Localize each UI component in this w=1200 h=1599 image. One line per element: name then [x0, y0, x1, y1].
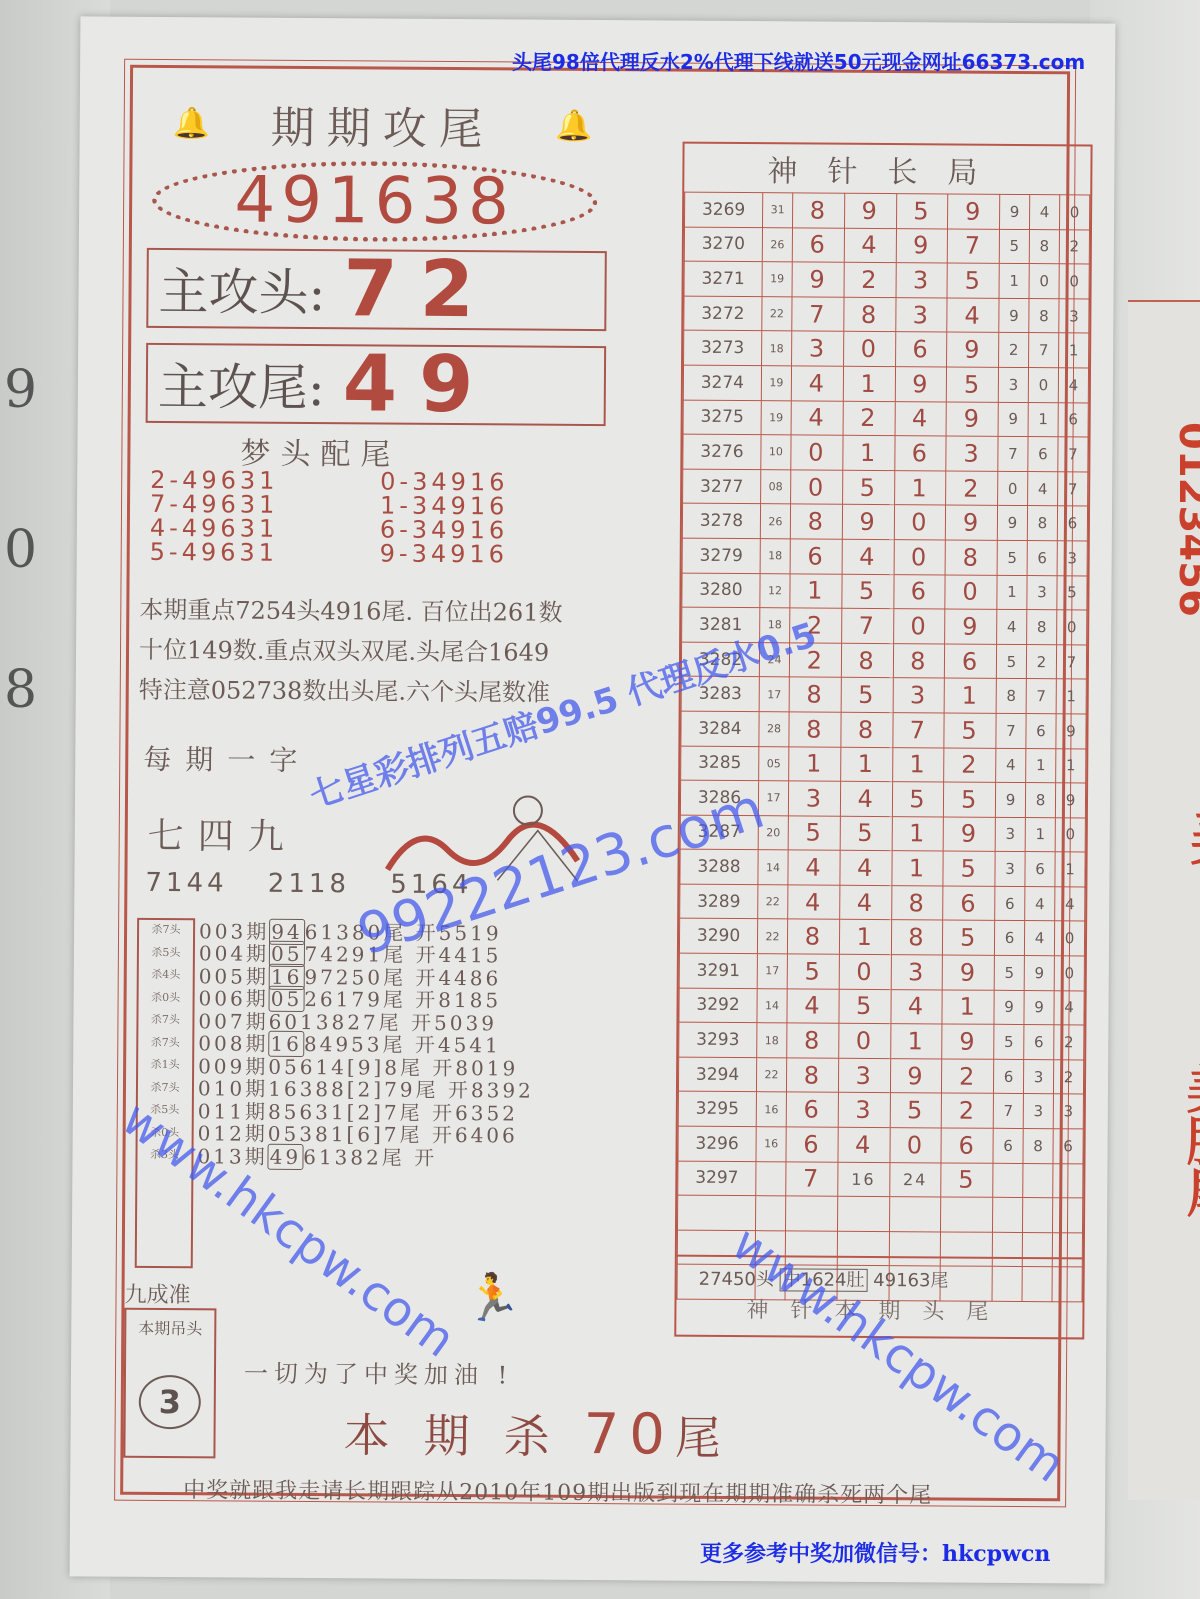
- sum-cell: [756, 1161, 786, 1196]
- issue-cell: 3285: [681, 746, 759, 781]
- result-digit-cell: 1: [890, 1024, 942, 1059]
- result-digit-cell: 8: [787, 1023, 839, 1058]
- table-row: 3275194249916: [683, 400, 1088, 437]
- side-digit-cell: 2: [1026, 644, 1056, 679]
- result-digit-cell: 4: [895, 401, 947, 436]
- side-digit-cell: 6: [1053, 1129, 1083, 1164]
- result-digit-cell: 6: [893, 574, 945, 609]
- issue-cell: 3269: [685, 192, 763, 227]
- cheer-slogan: 一切为了中奖加油 !: [244, 1354, 514, 1391]
- result-digit-cell: 1: [843, 435, 895, 470]
- result-digit-cell: 4: [788, 885, 840, 920]
- bottom-contact-banner: 更多参考中奖加微信号：hkcpwcn: [700, 1537, 1050, 1568]
- long-run-table: 神针长局 32693189599403270266497582327119923…: [674, 142, 1092, 1340]
- result-digit-cell: 7: [786, 1161, 838, 1196]
- side-digit-cell: 9: [997, 506, 1027, 541]
- result-digit-cell: 8: [790, 504, 842, 539]
- kill-tail-headline: 本期杀70尾: [343, 1399, 755, 1468]
- background-digit: 0: [4, 520, 37, 580]
- hang-head-label: 本期吊头: [126, 1316, 214, 1340]
- table-row: 3274194195304: [683, 365, 1088, 402]
- result-digit-cell: 6: [786, 1127, 838, 1162]
- result-digit-cell: 0: [893, 609, 945, 644]
- side-digit-cell: 9: [998, 402, 1028, 437]
- sheet-frame: 🔔 期期攻尾 🔔 491638 主攻头: 72 主攻尾: 49 梦头配尾 2-4…: [120, 65, 1070, 1502]
- side-digit-cell: 3: [1057, 541, 1087, 576]
- sum-cell: 12: [760, 573, 790, 608]
- side-digit-cell: 0: [1028, 368, 1058, 403]
- sum-cell: 26: [762, 227, 792, 262]
- issue-cell: 3274: [683, 365, 761, 400]
- lottery-sheet: 🔔 期期攻尾 🔔 491638 主攻头: 72 主攻尾: 49 梦头配尾 2-4…: [70, 16, 1116, 1583]
- sum-cell: 28: [759, 712, 789, 747]
- side-digit-cell: 0: [1054, 956, 1084, 991]
- result-digit-cell: 5: [943, 920, 995, 955]
- issue-cell: 3290: [679, 919, 757, 954]
- side-digit-cell: 2: [1054, 1025, 1084, 1060]
- side-digit-cell: 8: [1027, 506, 1057, 541]
- side-digit-cell: 4: [1025, 886, 1055, 921]
- sum-cell: 14: [758, 850, 788, 885]
- result-digit-cell: 8: [893, 643, 945, 678]
- predicted-tails: 49163尾: [873, 1270, 948, 1292]
- result-digit-cell: 1: [892, 747, 944, 782]
- result-digit-cell: 0: [894, 505, 946, 540]
- result-digit-cell: 0: [889, 1128, 941, 1163]
- sum-cell: 19: [761, 366, 791, 401]
- table-row: 3295166352733: [678, 1092, 1083, 1129]
- sum-cell: 16: [756, 1092, 786, 1127]
- table-row: 3273183069271: [684, 331, 1089, 368]
- issue-cell: 3291: [679, 953, 757, 988]
- table-row: 3278268909986: [682, 503, 1087, 540]
- result-digit-cell: 8: [787, 919, 839, 954]
- result-digit-cell: 0: [791, 435, 843, 470]
- issue-cell: 3272: [684, 296, 762, 331]
- side-digit-cell: 6: [1025, 852, 1055, 887]
- side-digit-cell: 2: [1053, 1060, 1083, 1095]
- result-digit-cell: 24: [889, 1162, 941, 1197]
- result-digit-cell: 4: [890, 989, 942, 1024]
- result-digit-cell: 5: [947, 367, 999, 402]
- background-digit: 8: [4, 660, 37, 720]
- result-digit-cell: 9: [947, 332, 999, 367]
- sum-cell: 17: [757, 954, 787, 989]
- side-digit-cell: 7: [1029, 333, 1059, 368]
- result-digit-cell: 8: [844, 297, 896, 332]
- side-digit-cell: 7: [998, 436, 1028, 471]
- table-row: 3283178531871: [681, 676, 1086, 713]
- side-digit-cell: 4: [1055, 887, 1085, 922]
- main-head-box: 主攻头: 72: [146, 248, 607, 331]
- result-digit-cell: 3: [896, 263, 948, 298]
- side-digit-cell: 3: [1053, 1094, 1083, 1129]
- background-digit: 9: [4, 360, 37, 420]
- side-digit-cell: [1023, 1163, 1053, 1198]
- main-tail-value: 49: [324, 339, 495, 430]
- table-row: 3279186408563: [682, 538, 1087, 575]
- result-digit-cell: 6: [943, 886, 995, 921]
- side-digit-cell: 7: [1026, 679, 1056, 714]
- side-digit-cell: 6: [994, 921, 1024, 956]
- side-digit-cell: 8: [996, 679, 1026, 714]
- sum-cell: 18: [757, 1023, 787, 1058]
- result-digit-cell: 9: [943, 817, 995, 852]
- sum-cell: 22: [758, 885, 788, 920]
- result-digit-cell: 9: [942, 955, 994, 990]
- result-digit-cell: 3: [891, 955, 943, 990]
- side-digit-cell: 5: [997, 540, 1027, 575]
- open-result: 开6406: [432, 1123, 518, 1148]
- result-digit-cell: 1: [843, 366, 895, 401]
- table-row: 3276100163767: [683, 434, 1088, 471]
- result-digit-cell: 3: [788, 781, 840, 816]
- sum-cell: 17: [759, 677, 789, 712]
- title-row: 🔔 期期攻尾 🔔: [172, 88, 592, 161]
- side-digit-cell: [993, 1163, 1023, 1198]
- side-digit-cell: 0: [1055, 817, 1085, 852]
- main-tail-box: 主攻尾: 49: [146, 343, 607, 426]
- result-digit-cell: 1: [894, 470, 946, 505]
- side-digit-cell: 6: [1024, 1025, 1054, 1060]
- result-digit-cell: 3: [893, 678, 945, 713]
- table-row: 3290228185640: [679, 919, 1084, 956]
- side-digit-cell: 6: [993, 1128, 1023, 1163]
- result-digit-cell: 3: [895, 297, 947, 332]
- side-digit-cell: 6: [1028, 437, 1058, 472]
- result-digit-cell: 2: [942, 1059, 994, 1094]
- issue-cell: 3279: [682, 538, 760, 573]
- result-digit-cell: 6: [945, 644, 997, 679]
- side-digit-cell: 3: [1023, 1094, 1053, 1129]
- side-digit-cell: 4: [1029, 195, 1059, 230]
- side-digit-cell: 9: [1056, 714, 1086, 749]
- side-digit-cell: [1053, 1163, 1083, 1198]
- result-digit-cell: 5: [896, 194, 948, 229]
- result-digit-cell: 0: [838, 1023, 890, 1058]
- result-digit-cell: 9: [844, 193, 896, 228]
- prediction-note: 本期重点7254头4916尾. 百位出261数: [139, 590, 619, 628]
- side-digit-cell: 2: [999, 333, 1029, 368]
- result-digit-cell: 2: [944, 747, 996, 782]
- side-digit-cell: 7: [1056, 644, 1086, 679]
- side-digit-cell: 7: [1058, 471, 1088, 506]
- side-digit-cell: 5: [1057, 575, 1087, 610]
- issue-cell: 3270: [684, 227, 762, 262]
- result-digit-cell: 8: [841, 643, 893, 678]
- side-digit-cell: 1: [1026, 748, 1056, 783]
- sum-cell: 31: [763, 193, 793, 228]
- side-digit-cell: 2: [1059, 229, 1089, 264]
- chinese-numerals: 七四九: [148, 808, 298, 860]
- result-digit-cell: 7: [841, 608, 893, 643]
- result-digit-cell: 5: [943, 851, 995, 886]
- result-digit-cell: 0: [839, 954, 891, 989]
- dream-pairs-grid: 2-49631 0-34916 7-49631 1-34916 4-49631 …: [150, 468, 611, 567]
- sum-cell: 10: [761, 435, 791, 470]
- result-digit-cell: 8: [891, 885, 943, 920]
- result-digit-cell: 9: [792, 262, 844, 297]
- boxed-digits: 49: [268, 1143, 304, 1169]
- main-tail-label: 主攻尾:: [148, 347, 325, 420]
- side-digit-cell: 6: [1026, 713, 1056, 748]
- result-digit-cell: 8: [793, 193, 845, 228]
- background-red-print: 0123456 美 美肺尾: [1128, 300, 1200, 1500]
- result-digit-cell: 5: [947, 263, 999, 298]
- side-digit-cell: 1: [997, 575, 1027, 610]
- result-digit-cell: 6: [941, 1128, 993, 1163]
- result-digit-cell: 0: [945, 574, 997, 609]
- side-digit-cell: 6: [993, 1059, 1023, 1094]
- result-digit-cell: 6: [894, 436, 946, 471]
- side-digit-cell: 0: [1059, 264, 1089, 299]
- result-digit-cell: 8: [841, 712, 893, 747]
- side-digit-cell: 4: [996, 748, 1026, 783]
- result-digit-cell: 2: [941, 1093, 993, 1128]
- side-digit-cell: 1: [1056, 748, 1086, 783]
- table-row: 3289224486644: [680, 884, 1085, 921]
- result-digit-cell: 8: [789, 677, 841, 712]
- main-head-value: 72: [325, 244, 496, 335]
- side-digit-cell: 7: [996, 713, 1026, 748]
- issue-cell: 3277: [683, 469, 761, 504]
- side-digit-cell: 8: [1029, 229, 1059, 264]
- result-digit-cell: 5: [941, 1163, 993, 1198]
- table-row: 3280121560135: [682, 573, 1087, 610]
- sum-cell: 18: [760, 539, 790, 574]
- side-digit-cell: 4: [1058, 368, 1088, 403]
- side-digit-cell: 9: [999, 194, 1029, 229]
- result-digit-cell: 1: [892, 816, 944, 851]
- side-digit-cell: 8: [1023, 1129, 1053, 1164]
- result-digit-cell: 9: [948, 194, 1000, 229]
- issue-cell: 3271: [684, 261, 762, 296]
- side-digit-cell: 0: [1054, 921, 1084, 956]
- sum-cell: 05: [759, 746, 789, 781]
- result-digit-cell: 9: [842, 505, 894, 540]
- side-digit-cell: 0: [1059, 195, 1089, 230]
- side-digit-cell: 1: [1025, 817, 1055, 852]
- prediction-note: 十位149数.重点双头双尾.头尾合1649: [139, 630, 619, 668]
- side-digit-cell: 1: [999, 264, 1029, 299]
- result-digit-cell: 6: [790, 539, 842, 574]
- featured-number-oval: 491638: [152, 160, 598, 243]
- result-digit-cell: 5: [842, 574, 894, 609]
- side-digit-cell: 1: [1056, 679, 1086, 714]
- side-digit-cell: 3: [1059, 299, 1089, 334]
- tail-digits: 61382尾: [303, 1145, 405, 1170]
- hang-head-value: 3: [139, 1375, 201, 1429]
- side-digit-cell: 0: [1057, 610, 1087, 645]
- sum-cell: 18: [762, 331, 792, 366]
- result-digit-cell: 2: [843, 401, 895, 436]
- result-digit-cell: 1: [790, 573, 842, 608]
- result-digit-cell: 9: [942, 1024, 994, 1059]
- result-digit-cell: 5: [890, 1093, 942, 1128]
- result-digit-cell: 9: [890, 1058, 942, 1093]
- sum-cell: 16: [756, 1127, 786, 1162]
- issue-cell: 3278: [682, 503, 760, 538]
- side-digit-cell: 8: [1027, 610, 1057, 645]
- result-digit-cell: 4: [839, 885, 891, 920]
- issue-cell: 3294: [678, 1057, 756, 1092]
- issue-cell: 3273: [684, 331, 762, 366]
- side-digit-cell: 9: [1024, 990, 1054, 1025]
- result-digit-cell: 6: [792, 227, 844, 262]
- background-vertical-digits: 0123456: [1170, 422, 1200, 617]
- issue-cell: 3297: [678, 1161, 756, 1196]
- result-digit-cell: 9: [946, 402, 998, 437]
- sum-cell: 19: [761, 400, 791, 435]
- sum-cell: 22: [756, 1057, 786, 1092]
- result-digit-cell: 1: [840, 747, 892, 782]
- open-result: 开: [414, 1146, 437, 1170]
- result-digit-cell: 5: [944, 782, 996, 817]
- issue-cell: 3289: [680, 884, 758, 919]
- result-digit-cell: 2: [844, 262, 896, 297]
- issue-cell: 3276: [683, 434, 761, 469]
- dream-pair: 9-34916: [380, 542, 610, 568]
- table-row: 3293188019562: [679, 1022, 1084, 1059]
- background-vertical-char: 美肺尾: [1170, 1062, 1200, 1218]
- result-digit-cell: 9: [945, 609, 997, 644]
- result-digit-cell: 0: [791, 470, 843, 505]
- side-digit-cell: 6: [1027, 540, 1057, 575]
- sheet-title: 期期攻尾: [270, 92, 494, 158]
- table-row: 3272227834983: [684, 296, 1089, 333]
- issue-cell: 3275: [683, 400, 761, 435]
- side-digit-cell: 5: [994, 1025, 1024, 1060]
- result-digit-cell: 3: [946, 436, 998, 471]
- sum-cell: 19: [762, 262, 792, 297]
- kill-tail-suffix: 尾: [675, 1411, 755, 1466]
- table-row: 3294228392632: [678, 1057, 1083, 1094]
- result-digit-cell: 4: [840, 781, 892, 816]
- bell-icon: 🔔: [173, 106, 211, 141]
- result-digit-cell: 8: [786, 1058, 838, 1093]
- side-digit-cell: 5: [999, 229, 1029, 264]
- side-digit-cell: 4: [1024, 921, 1054, 956]
- result-digit-cell: 5: [841, 678, 893, 713]
- result-digit-cell: 4: [842, 539, 894, 574]
- side-digit-cell: 6: [1058, 402, 1088, 437]
- side-digit-cell: 3: [998, 367, 1028, 402]
- table-row: 3284288875769: [681, 711, 1086, 748]
- side-digit-cell: 5: [994, 955, 1024, 990]
- side-digit-cell: 4: [997, 609, 1027, 644]
- result-digit-cell: 8: [789, 712, 841, 747]
- table-row: 3291175039590: [679, 953, 1084, 990]
- sum-cell: 08: [761, 469, 791, 504]
- issue-cell: 3284: [681, 711, 759, 746]
- empty-table-row: [678, 1195, 1083, 1232]
- table-row: 3288144415361: [680, 849, 1085, 886]
- table-row: 3277080512047: [683, 469, 1088, 506]
- result-digit-cell: 5: [842, 470, 894, 505]
- kill-tail-value: 70: [583, 1402, 675, 1468]
- result-digit-cell: 7: [948, 229, 1000, 264]
- side-digit-cell: 3: [995, 852, 1025, 887]
- result-digit-cell: 6: [786, 1092, 838, 1127]
- result-digit-cell: 4: [838, 1127, 890, 1162]
- sum-cell: 22: [762, 296, 792, 331]
- result-digit-cell: 4: [787, 989, 839, 1024]
- table-row: 3296166406686: [678, 1126, 1083, 1163]
- table-row: 3292144541994: [679, 988, 1084, 1025]
- result-digit-cell: 2: [946, 471, 998, 506]
- result-digit-cell: 5: [788, 816, 840, 851]
- background-vertical-char: 美: [1170, 802, 1200, 866]
- result-digit-cell: 4: [840, 851, 892, 886]
- result-digit-cell: 4: [844, 228, 896, 263]
- result-digit-cell: 7: [792, 297, 844, 332]
- side-digit-cell: 6: [995, 886, 1025, 921]
- result-digit-cell: 3: [838, 1093, 890, 1128]
- table-title: 神针长局: [684, 144, 1090, 195]
- result-digit-cell: 5: [787, 954, 839, 989]
- table-row: 3271199235100: [684, 261, 1089, 298]
- side-digit-cell: 1: [1055, 852, 1085, 887]
- issue-cell: 3280: [682, 573, 760, 608]
- result-digit-cell: 6: [895, 332, 947, 367]
- side-digit-cell: 1: [1059, 333, 1089, 368]
- result-digit-cell: 0: [843, 332, 895, 367]
- table-row: 3297716245: [678, 1161, 1083, 1198]
- result-digit-cell: 7: [892, 712, 944, 747]
- side-digit-cell: 9: [1055, 783, 1085, 818]
- result-digit-cell: 3: [792, 331, 844, 366]
- side-digit-cell: 8: [1029, 298, 1059, 333]
- result-digit-cell: 8: [891, 920, 943, 955]
- result-digit-cell: 5: [892, 782, 944, 817]
- result-digit-cell: 5: [840, 816, 892, 851]
- issue-cell: 3295: [678, 1092, 756, 1127]
- side-digit-cell: 3: [1027, 575, 1057, 610]
- kill-tail-prefix: 本期杀: [343, 1408, 583, 1464]
- footer-slogan: 中奖就跟我走请长期跟踪从2010年109期出版到现在期期准确杀死两个尾: [183, 1473, 932, 1509]
- side-digit-cell: 0: [1029, 264, 1059, 299]
- result-digit-cell: 0: [894, 540, 946, 575]
- result-digit-cell: 4: [791, 400, 843, 435]
- side-digit-cell: 5: [996, 644, 1026, 679]
- sum-cell: 14: [757, 988, 787, 1023]
- running-kid-icon: 🏃: [464, 1270, 522, 1325]
- result-digit-cell: 5: [839, 989, 891, 1024]
- side-digit-cell: 3: [1023, 1059, 1053, 1094]
- issue-cell: 3292: [679, 988, 757, 1023]
- table-row: 3269318959940: [685, 192, 1090, 229]
- accuracy-label: 九成准: [124, 1278, 190, 1309]
- result-digit-cell: 9: [946, 505, 998, 540]
- side-digit-cell: 9: [995, 782, 1025, 817]
- result-digit-cell: 9: [896, 228, 948, 263]
- top-promo-banner: 头尾98倍代理反水2%代理下线就送50元现金网址66373.com: [512, 46, 1085, 75]
- sum-cell: 22: [757, 919, 787, 954]
- table-row: 3270266497582: [684, 227, 1089, 264]
- result-digit-cell: 4: [947, 298, 999, 333]
- result-digit-cell: 4: [791, 366, 843, 401]
- results-table: 3269318959940327026649758232711992351003…: [677, 192, 1091, 1303]
- side-digit-cell: 6: [1057, 506, 1087, 541]
- side-digit-cell: 9: [994, 990, 1024, 1025]
- result-digit-cell: 4: [788, 850, 840, 885]
- result-digit-cell: 16: [837, 1162, 889, 1197]
- side-digit-cell: 4: [1054, 990, 1084, 1025]
- result-digit-cell: 5: [944, 713, 996, 748]
- side-digit-cell: 8: [1025, 783, 1055, 818]
- side-digit-cell: 7: [993, 1094, 1023, 1129]
- side-digit-cell: 1: [1028, 402, 1058, 437]
